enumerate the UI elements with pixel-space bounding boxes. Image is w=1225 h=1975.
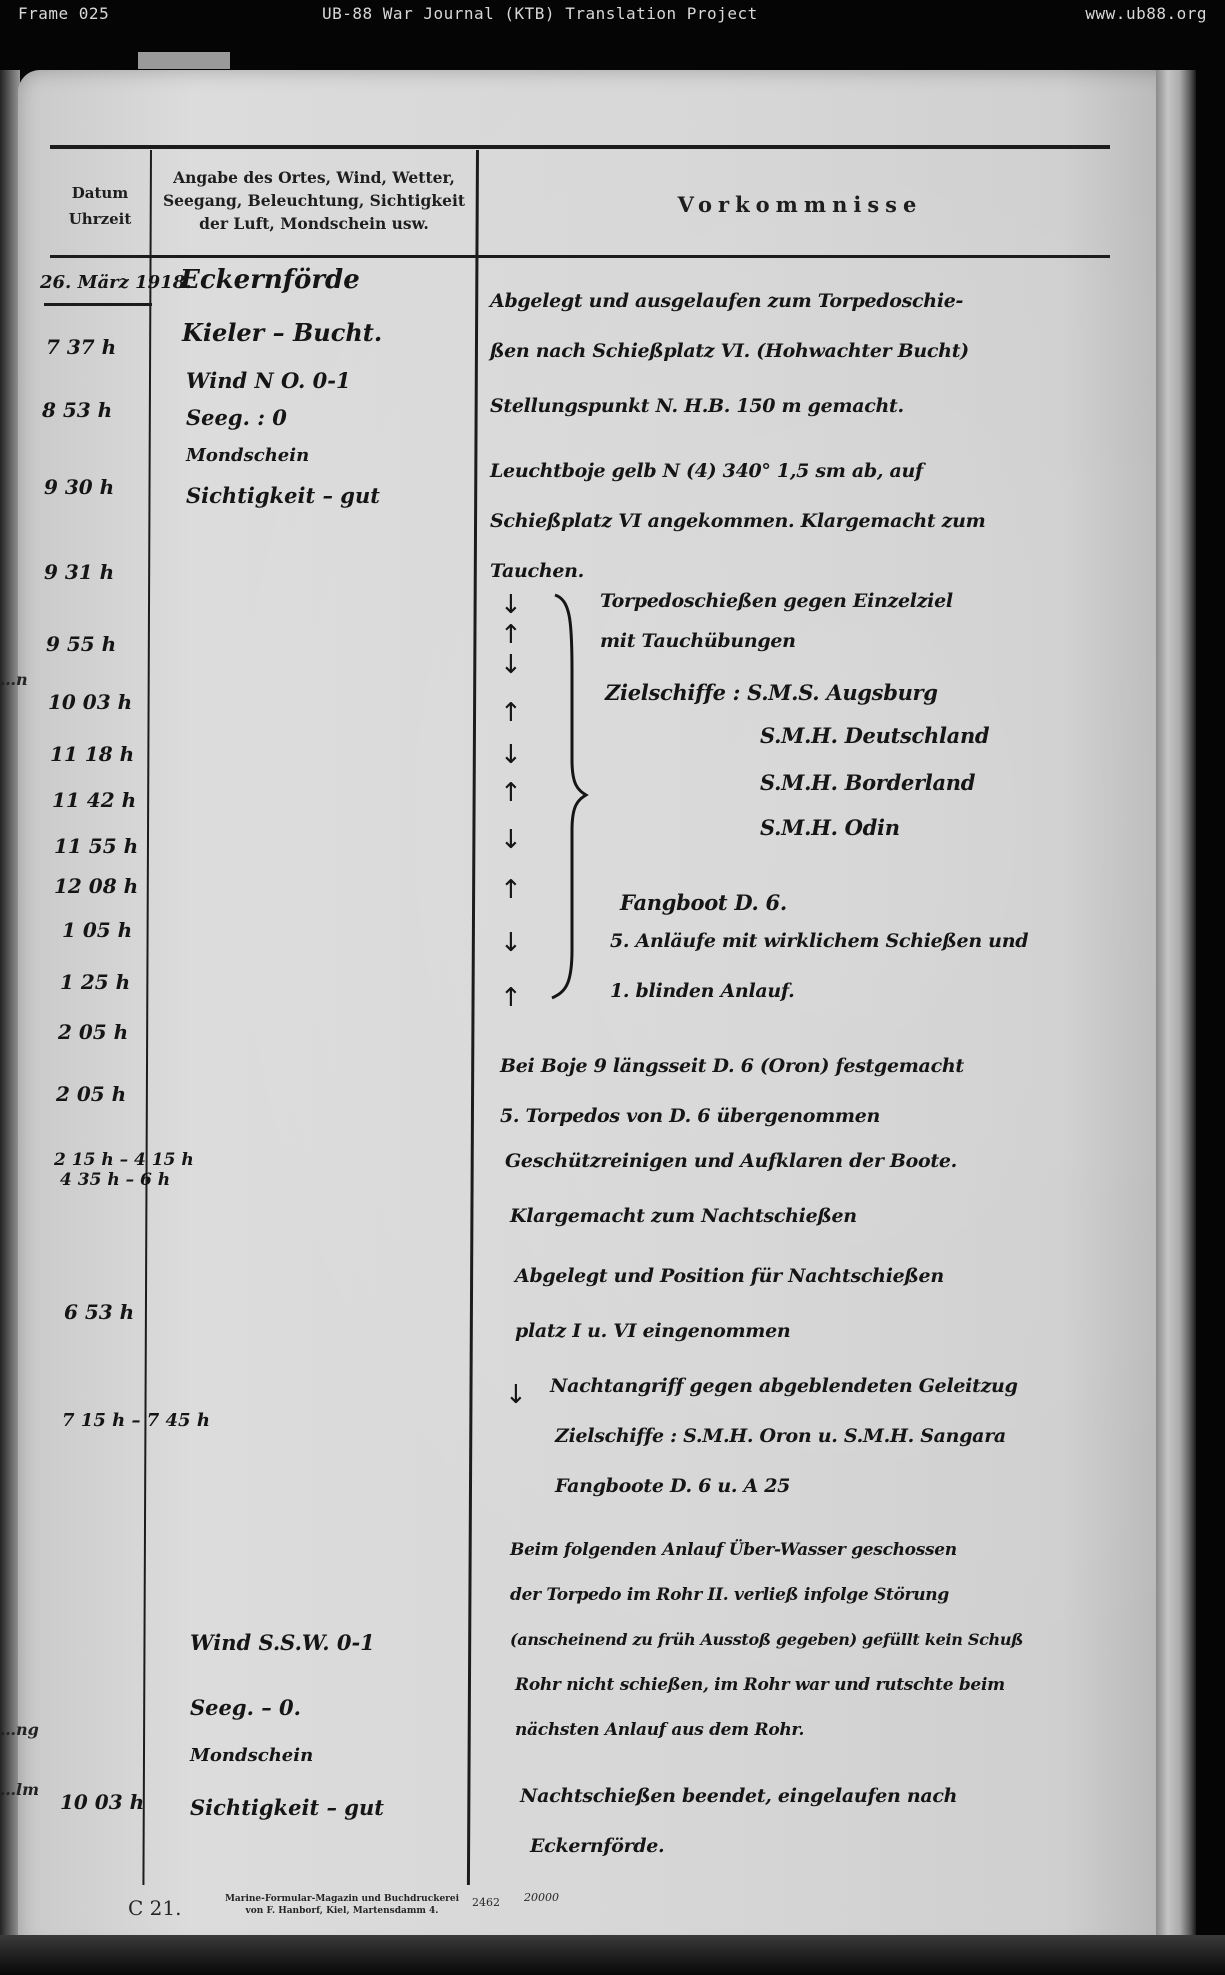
dive-arrow-icon: ↓ — [500, 928, 522, 958]
header-top-rule — [50, 145, 1110, 149]
occurrence-line: Bei Boje 9 längsseit D. 6 (Oron) festgem… — [500, 1055, 964, 1077]
weather-wind: Wind S.S.W. 0-1 — [190, 1630, 375, 1655]
bracket-icon — [550, 590, 590, 1000]
time-entry: 11 42 h — [52, 788, 136, 812]
occurrence-line: (anscheinend zu früh Ausstoß gegeben) ge… — [510, 1630, 1023, 1649]
occurrence-line: Nachtangriff gegen abgeblendeten Geleitz… — [550, 1375, 1018, 1397]
dive-arrow-icon: ↓ — [500, 650, 522, 680]
time-entry: 11 18 h — [50, 742, 134, 766]
occurrence-line: 5. Anläufe mit wirklichem Schießen und — [610, 930, 1028, 952]
surface-arrow-icon: ↑ — [500, 698, 522, 728]
occurrence-line: Leuchtboje gelb N (4) 340° 1,5 sm ab, au… — [490, 460, 923, 482]
weather-moonlight: Mondschein — [186, 445, 309, 466]
occurrence-line: Torpedoschießen gegen Einzelziel — [600, 590, 953, 612]
occurrence-line: Fangboot D. 6. — [620, 890, 787, 915]
dive-arrow-icon: ↓ — [505, 1380, 527, 1410]
occurrence-line: platz I u. VI eingenommen — [515, 1320, 790, 1342]
time-entry: 11 55 h — [54, 834, 138, 858]
dive-arrow-icon: ↓ — [500, 590, 522, 620]
time-entry: 7 37 h — [46, 335, 116, 359]
time-entry: 2 05 h — [58, 1020, 128, 1044]
frame-label: Frame 025 — [18, 4, 109, 23]
project-title: UB-88 War Journal (KTB) Translation Proj… — [322, 4, 758, 23]
time-entry: 12 08 h — [54, 874, 138, 898]
occurrence-line: nächsten Anlauf aus dem Rohr. — [515, 1720, 804, 1740]
date-underline — [44, 303, 152, 306]
target-ship: S.M.H. Borderland — [760, 770, 975, 795]
time-entry: 10 03 h — [60, 1790, 144, 1814]
time-entry: 8 53 h — [42, 398, 112, 422]
occurrence-line: Nachtschießen beendet, eingelaufen nach — [520, 1785, 957, 1807]
occurrence-line: Beim folgenden Anlauf Über-Wasser gescho… — [510, 1540, 957, 1560]
print-run: 20000 — [524, 1891, 559, 1904]
time-entry: 6 53 h — [64, 1300, 134, 1324]
occurrence-line: Stellungspunkt N. H.B. 150 m gemacht. — [490, 395, 904, 417]
column-header-location: Angabe des Ortes, Wind, Wetter, Seegang,… — [155, 166, 473, 235]
adjacent-page-fragment: …n — [0, 670, 28, 689]
previous-page-edge — [0, 70, 20, 1975]
occurrence-line: Fangboote D. 6 u. A 25 — [555, 1475, 790, 1497]
target-ship: S.M.H. Odin — [760, 815, 900, 840]
print-number: 2462 — [472, 1896, 500, 1909]
website-link[interactable]: www.ub88.org — [1085, 4, 1207, 23]
surface-arrow-icon: ↑ — [500, 875, 522, 905]
time-entry: 1 25 h — [60, 970, 130, 994]
time-entry: 10 03 h — [48, 690, 132, 714]
weather-sea-state: Seeg. : 0 — [186, 405, 287, 430]
occurrence-line: Zielschiffe : S.M.H. Oron u. S.M.H. Sang… — [555, 1425, 1006, 1447]
occurrence-line: Tauchen. — [490, 560, 584, 582]
occurrence-line: 5. Torpedos von D. 6 übergenommen — [500, 1105, 880, 1127]
occurrence-line: 1. blinden Anlauf. — [610, 980, 794, 1002]
page-tab-strip — [138, 52, 230, 69]
microfilm-banner: Frame 025 UB-88 War Journal (KTB) Transl… — [0, 0, 1225, 28]
time-entry: 9 31 h — [44, 560, 114, 584]
form-code: C 21. — [128, 1896, 181, 1920]
location-entry: Kieler – Bucht. — [182, 318, 382, 347]
printer-line-1: Marine-Formular-Magazin und Buchdruckere… — [212, 1893, 472, 1905]
occurrence-line: Eckernförde. — [530, 1835, 664, 1857]
time-entry: 1 05 h — [62, 918, 132, 942]
printer-line-2: von F. Hanborf, Kiel, Martensdamm 4. — [212, 1905, 472, 1917]
occurrence-line: Schießplatz VI angekommen. Klargemacht z… — [490, 510, 985, 532]
weather-visibility: Sichtigkeit – gut — [186, 483, 380, 508]
occurrence-line: der Torpedo im Rohr II. verließ infolge … — [510, 1585, 949, 1605]
occurrence-line: Abgelegt und Position für Nachtschießen — [515, 1265, 944, 1287]
occurrence-line: mit Tauchübungen — [600, 630, 796, 652]
header-bottom-rule — [50, 255, 1110, 258]
time-entry: 7 15 h – 7 45 h — [62, 1410, 210, 1431]
occurrence-line: ßen nach Schießplatz VI. (Hohwachter Buc… — [490, 340, 969, 362]
time-entry: 2 05 h — [56, 1082, 126, 1106]
occurrence-line: Abgelegt und ausgelaufen zum Torpedoschi… — [490, 290, 963, 312]
dive-arrow-icon: ↓ — [500, 825, 522, 855]
entry-date: 26. März 1918. — [40, 272, 192, 293]
weather-visibility: Sichtigkeit – gut — [190, 1795, 384, 1820]
occurrence-line: Klargemacht zum Nachtschießen — [510, 1205, 857, 1227]
weather-sea-state: Seeg. – 0. — [190, 1695, 301, 1720]
column-header-datum: Datum Uhrzeit — [52, 180, 148, 232]
location-entry: Eckernförde — [180, 265, 360, 295]
adjacent-page-fragment: …ng — [0, 1720, 39, 1739]
printer-imprint: Marine-Formular-Magazin und Buchdruckere… — [212, 1893, 472, 1917]
page-right-edge — [1156, 70, 1196, 1950]
weather-wind: Wind N O. 0-1 — [186, 368, 351, 393]
occurrence-line: Geschützreinigen und Aufklaren der Boote… — [505, 1150, 957, 1172]
time-entry: 2 15 h – 4 15 h — [54, 1150, 194, 1170]
dive-arrow-icon: ↓ — [500, 740, 522, 770]
film-bottom-edge — [0, 1935, 1225, 1975]
adjacent-page-fragment: …lm — [0, 1780, 39, 1799]
time-entry: 4 35 h – 6 h — [60, 1170, 170, 1190]
occurrence-line: Rohr nicht schießen, im Rohr war und rut… — [515, 1675, 1005, 1695]
weather-moonlight: Mondschein — [190, 1745, 313, 1766]
time-entry: 9 30 h — [44, 475, 114, 499]
time-entry: 9 55 h — [46, 632, 116, 656]
target-ship: S.M.H. Deutschland — [760, 723, 989, 748]
surface-arrow-icon: ↑ — [500, 983, 522, 1013]
column-header-occurrences: Vorkommnisse — [600, 192, 1000, 217]
surface-arrow-icon: ↑ — [500, 620, 522, 650]
surface-arrow-icon: ↑ — [500, 778, 522, 808]
occurrence-line: Zielschiffe : S.M.S. Augsburg — [605, 680, 938, 705]
